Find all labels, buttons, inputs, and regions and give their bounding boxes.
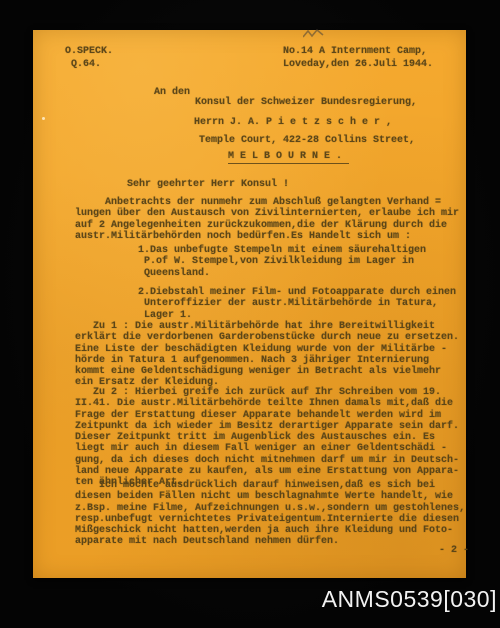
paragraph-intro: Anbetrachts der nunmehr zum Abschluß gel… <box>75 197 459 242</box>
archive-label: ANMS0539[030] <box>322 586 497 613</box>
photo-background: O.SPECK. Q.64. No.14 A Internment Camp, … <box>0 0 500 628</box>
recipient-consul-line: Konsul der Schweizer Bundesregierung, <box>195 97 417 108</box>
paragraph-closing: Ich möchte ausdrücklich darauf hinweisen… <box>75 480 465 548</box>
recipient-street-line: Temple Court, 422-28 Collins Street, <box>199 135 415 146</box>
salutation: Sehr geehrter Herr Konsul ! <box>127 179 289 190</box>
paragraph-zu2: Zu 2 : Hierbei greife ich zurück auf Ihr… <box>75 387 459 489</box>
sender-block: O.SPECK. Q.64. <box>65 45 113 71</box>
list-item-2: 2.Diebstahl meiner Film- und Fotoapparat… <box>138 287 456 321</box>
recipient-name-line: Herrn J. A. P i e t z s c h e r , <box>194 117 392 128</box>
paper-blemish <box>42 117 45 120</box>
list-item-1: 1.Das unbefugte Stempeln mit einem säure… <box>138 245 426 279</box>
page-number: - 2 - <box>439 545 469 556</box>
camp-address-block: No.14 A Internment Camp, Loveday,den 26.… <box>283 45 433 71</box>
paragraph-zu1: Zu 1 : Die austr.Militärbehörde hat ihre… <box>75 321 459 389</box>
recipient-an-den: An den <box>154 87 190 98</box>
recipient-city-line: M E L B O U R N E . <box>228 151 349 164</box>
pencil-scribble-icon <box>303 29 325 39</box>
letter-page: O.SPECK. Q.64. No.14 A Internment Camp, … <box>33 30 466 578</box>
